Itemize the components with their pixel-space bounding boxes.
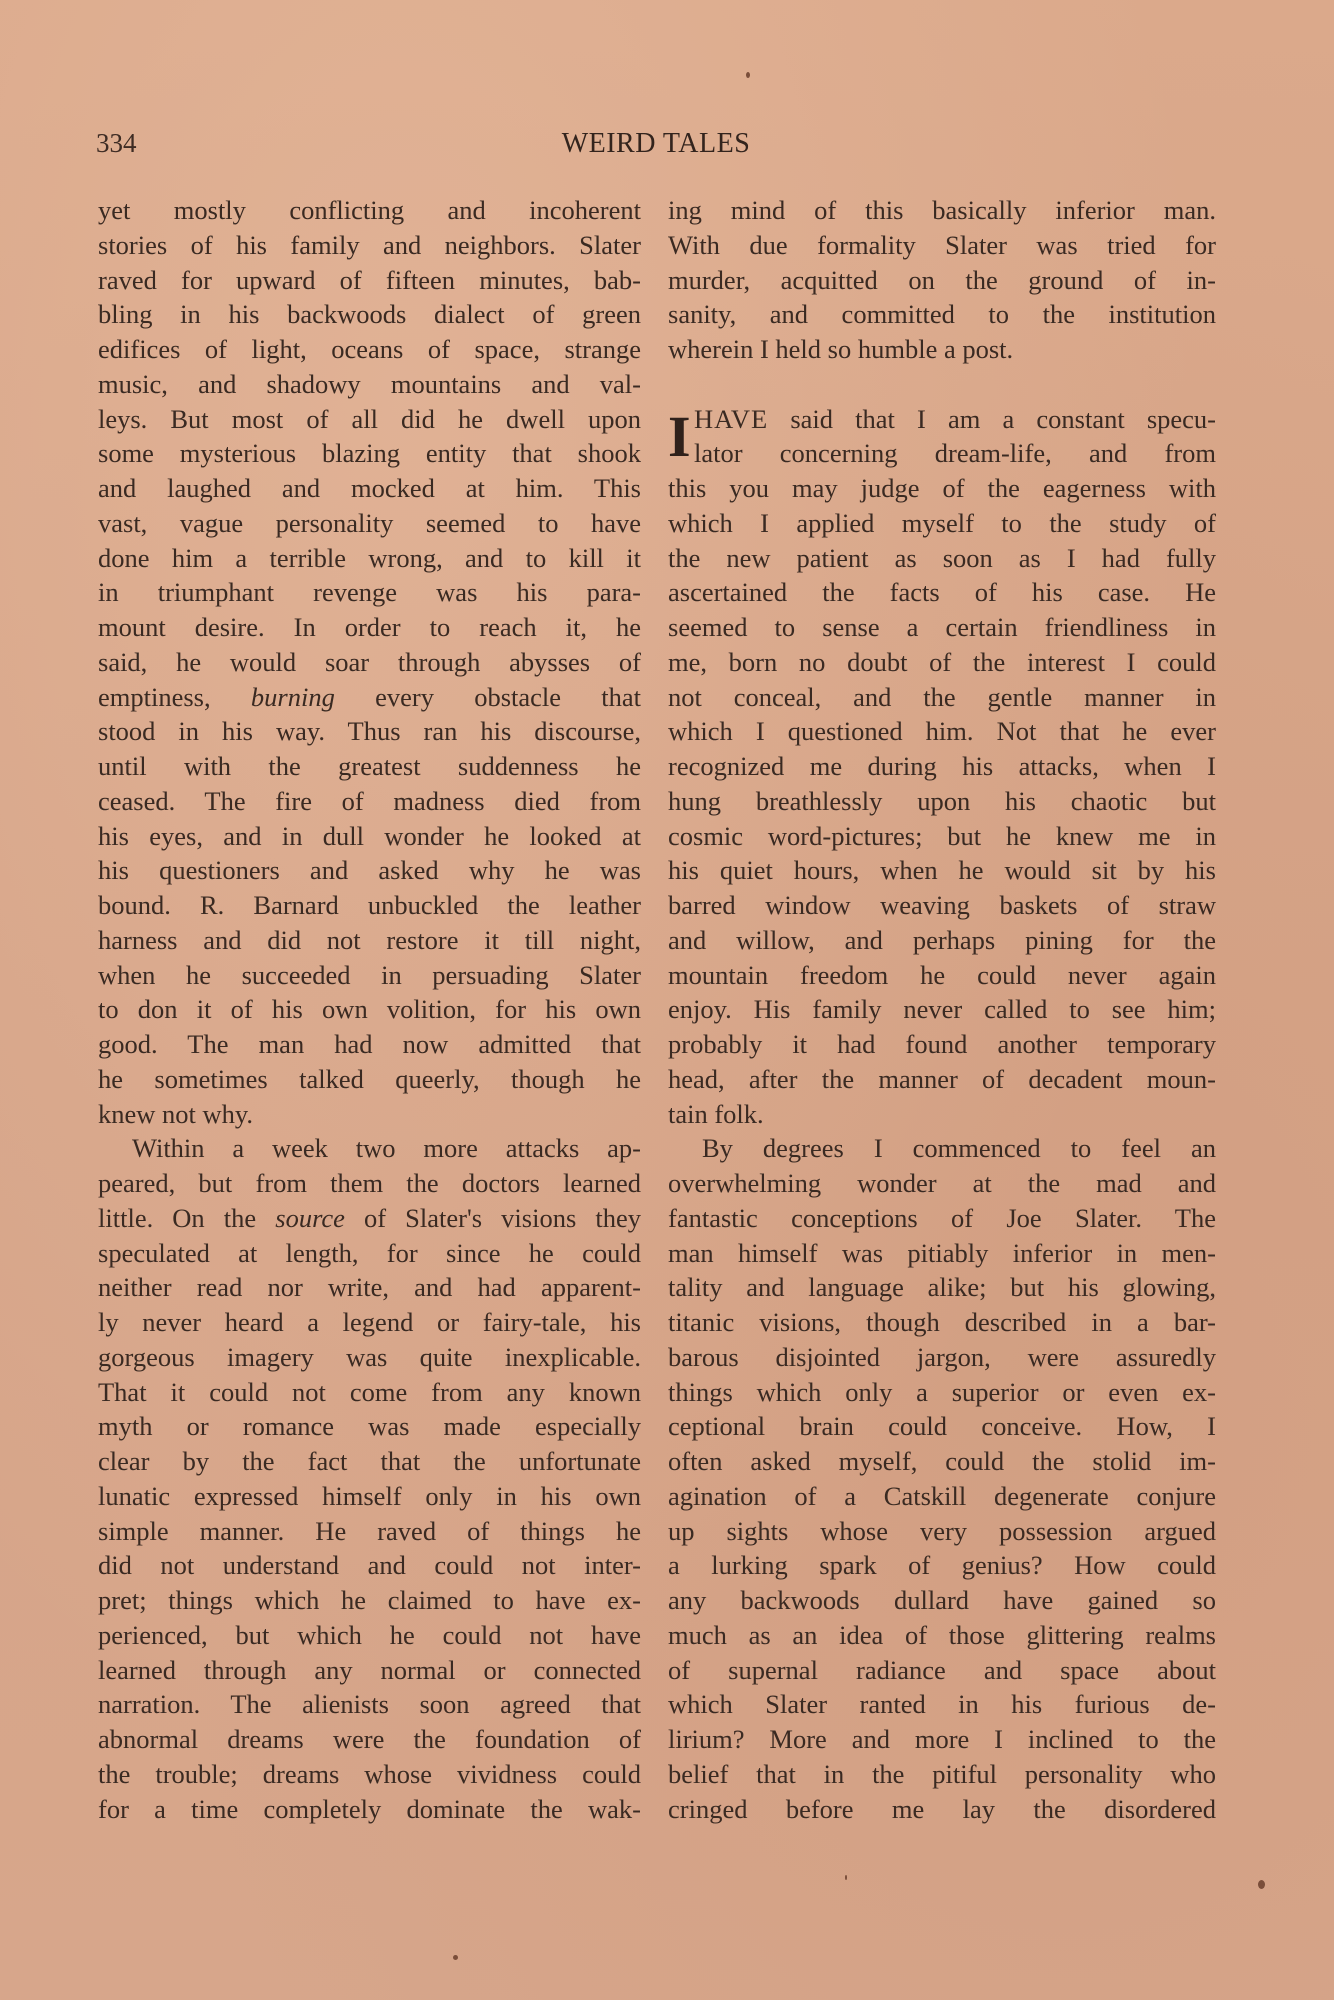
text-line: to don it of his own volition, for his o…	[98, 992, 641, 1027]
paper-speck	[746, 72, 750, 78]
text-line: man himself was pitiably inferior in men…	[668, 1236, 1216, 1271]
text-line: which I questioned him. Not that he ever	[668, 714, 1216, 749]
text-line: done him a terrible wrong, and to kill i…	[98, 541, 641, 576]
text-line: until with the greatest suddenness he	[98, 749, 641, 784]
text-line: the trouble; dreams whose vividness coul…	[98, 1757, 641, 1792]
text-line: myth or romance was made especially	[98, 1409, 641, 1444]
text-line: the new patient as soon as I had fully	[668, 541, 1216, 576]
text-line: stood in his way. Thus ran his discourse…	[98, 714, 641, 749]
text-line: did not understand and could not inter-	[98, 1548, 641, 1583]
text-line: for a time completely dominate the wak-	[98, 1792, 641, 1827]
text-line: lunatic expressed himself only in his ow…	[98, 1479, 641, 1514]
text-line: barous disjointed jargon, were assuredly	[668, 1340, 1216, 1375]
text-segment: little. On the	[98, 1203, 256, 1233]
paragraph-start-line: By degrees I commenced to feel an	[668, 1131, 1216, 1166]
text-line: clear by the fact that the unfortunate	[98, 1444, 641, 1479]
text-line: said, he would soar through abysses of	[98, 645, 641, 680]
text-segment: said that I am a constant specu-	[790, 404, 1216, 434]
text-line: mount desire. In order to reach it, he	[98, 610, 641, 645]
text-line: yet mostly conflicting and incoherent	[98, 193, 641, 228]
text-line: when he succeeded in persuading Slater	[98, 958, 641, 993]
text-line: which Slater ranted in his furious de-	[668, 1687, 1216, 1722]
text-line: this you may judge of the eagerness with	[668, 471, 1216, 506]
text-line: edifices of light, oceans of space, stra…	[98, 332, 641, 367]
text-line: up sights whose very possession argued	[668, 1514, 1216, 1549]
italic-word: burning	[251, 682, 335, 712]
text-line-with-italic: little. On the source of Slater's vision…	[98, 1201, 641, 1236]
text-line: which I applied myself to the study of	[668, 506, 1216, 541]
text-line: pret; things which he claimed to have ex…	[98, 1583, 641, 1618]
text-line: fantastic conceptions of Joe Slater. The	[668, 1201, 1216, 1236]
text-line: agination of a Catskill degenerate conju…	[668, 1479, 1216, 1514]
text-line: harness and did not restore it till nigh…	[98, 923, 641, 958]
text-line: ly never heard a legend or fairy-tale, h…	[98, 1305, 641, 1340]
text-line-with-italic: emptiness, burning every obstacle that	[98, 680, 641, 715]
text-line: vast, vague personality seemed to have	[98, 506, 641, 541]
magazine-page: 334 WEIRD TALES yet mostly conflicting a…	[0, 0, 1334, 2000]
dropcap-line: IHAVE said that I am a constant specu-	[668, 402, 1216, 437]
text-line: enjoy. His family never called to see hi…	[668, 992, 1216, 1027]
text-line: he sometimes talked queerly, though he	[98, 1062, 641, 1097]
text-line: cringed before me lay the disordered	[668, 1792, 1216, 1827]
text-line: belief that in the pitiful personality w…	[668, 1757, 1216, 1792]
text-line: learned through any normal or connected	[98, 1653, 641, 1688]
text-line: barred window weaving baskets of straw	[668, 888, 1216, 923]
text-line: With due formality Slater was tried for	[668, 228, 1216, 263]
text-line: his quiet hours, when he would sit by hi…	[668, 853, 1216, 888]
text-line: ascertained the facts of his case. He	[668, 575, 1216, 610]
text-segment: of Slater's visions they	[364, 1203, 641, 1233]
italic-word: source	[275, 1203, 345, 1233]
text-line: probably it had found another temporary	[668, 1027, 1216, 1062]
paragraph-start-line: Within a week two more attacks ap-	[98, 1131, 641, 1166]
text-line: simple manner. He raved of things he	[98, 1514, 641, 1549]
paper-speck	[453, 1955, 458, 1960]
text-line: titanic visions, though described in a b…	[668, 1305, 1216, 1340]
text-line: tality and language alike; but his glowi…	[668, 1270, 1216, 1305]
section-break	[668, 367, 1216, 402]
text-line: overwhelming wonder at the mad and	[668, 1166, 1216, 1201]
text-line: his questioners and asked why he was	[98, 853, 641, 888]
small-caps-word: HAVE	[694, 404, 768, 434]
text-line: music, and shadowy mountains and val-	[98, 367, 641, 402]
text-line: gorgeous imagery was quite inexplicable.	[98, 1340, 641, 1375]
text-line: stories of his family and neighbors. Sla…	[98, 228, 641, 263]
text-line: of supernal radiance and space about	[668, 1653, 1216, 1688]
text-line: and laughed and mocked at him. This	[98, 471, 641, 506]
text-line: seemed to sense a certain friendliness i…	[668, 610, 1216, 645]
text-line: sanity, and committed to the institution	[668, 297, 1216, 332]
text-line: wherein I held so humble a post.	[668, 332, 1216, 367]
text-line: mountain freedom he could never again	[668, 958, 1216, 993]
text-line: a lurking spark of genius? How could	[668, 1548, 1216, 1583]
text-line: things which only a superior or even ex-	[668, 1375, 1216, 1410]
text-line: tain folk.	[668, 1097, 1216, 1132]
text-line: perienced, but which he could not have	[98, 1618, 641, 1653]
text-line: speculated at length, for since he could	[98, 1236, 641, 1271]
text-line: his eyes, and in dull wonder he looked a…	[98, 819, 641, 854]
paper-speck	[845, 1875, 847, 1880]
text-line: often asked myself, could the stolid im-	[668, 1444, 1216, 1479]
right-column: ing mind of this basically inferior man.…	[668, 193, 1216, 1826]
text-line: in triumphant revenge was his para-	[98, 575, 641, 610]
text-line: hung breathlessly upon his chaotic but	[668, 784, 1216, 819]
text-line: cosmic word-pictures; but he knew me in	[668, 819, 1216, 854]
text-line: bling in his backwoods dialect of green	[98, 297, 641, 332]
text-line: recognized me during his attacks, when I	[668, 749, 1216, 784]
left-column: yet mostly conflicting and incoherent st…	[98, 193, 641, 1826]
text-line: ing mind of this basically inferior man.	[668, 193, 1216, 228]
text-line: abnormal dreams were the foundation of	[98, 1722, 641, 1757]
page-header: 334 WEIRD TALES	[96, 128, 1216, 168]
text-line: neither read nor write, and had apparent…	[98, 1270, 641, 1305]
text-line: ceptional brain could conceive. How, I	[668, 1409, 1216, 1444]
text-segment: emptiness,	[98, 682, 211, 712]
text-line: good. The man had now admitted that	[98, 1027, 641, 1062]
text-line: me, born no doubt of the interest I coul…	[668, 645, 1216, 680]
text-line: peared, but from them the doctors learne…	[98, 1166, 641, 1201]
text-line: knew not why.	[98, 1097, 641, 1132]
text-line: bound. R. Barnard unbuckled the leather	[98, 888, 641, 923]
text-line: ceased. The fire of madness died from	[98, 784, 641, 819]
text-line: murder, acquitted on the ground of in-	[668, 263, 1216, 298]
text-segment: every obstacle that	[375, 682, 641, 712]
text-line: raved for upward of fifteen minutes, bab…	[98, 263, 641, 298]
text-line: lirium? More and more I inclined to the	[668, 1722, 1216, 1757]
text-line: lator concerning dream-life, and from	[668, 436, 1216, 471]
text-line: head, after the manner of decadent moun-	[668, 1062, 1216, 1097]
text-line: any backwoods dullard have gained so	[668, 1583, 1216, 1618]
text-line: not conceal, and the gentle manner in	[668, 680, 1216, 715]
text-line: narration. The alienists soon agreed tha…	[98, 1687, 641, 1722]
text-line: That it could not come from any known	[98, 1375, 641, 1410]
text-line: some mysterious blazing entity that shoo…	[98, 436, 641, 471]
text-line: and willow, and perhaps pining for the	[668, 923, 1216, 958]
text-line: much as an idea of those glittering real…	[668, 1618, 1216, 1653]
running-title: WEIRD TALES	[96, 128, 1216, 160]
paper-speck	[1258, 1880, 1265, 1889]
text-line: leys. But most of all did he dwell upon	[98, 402, 641, 437]
